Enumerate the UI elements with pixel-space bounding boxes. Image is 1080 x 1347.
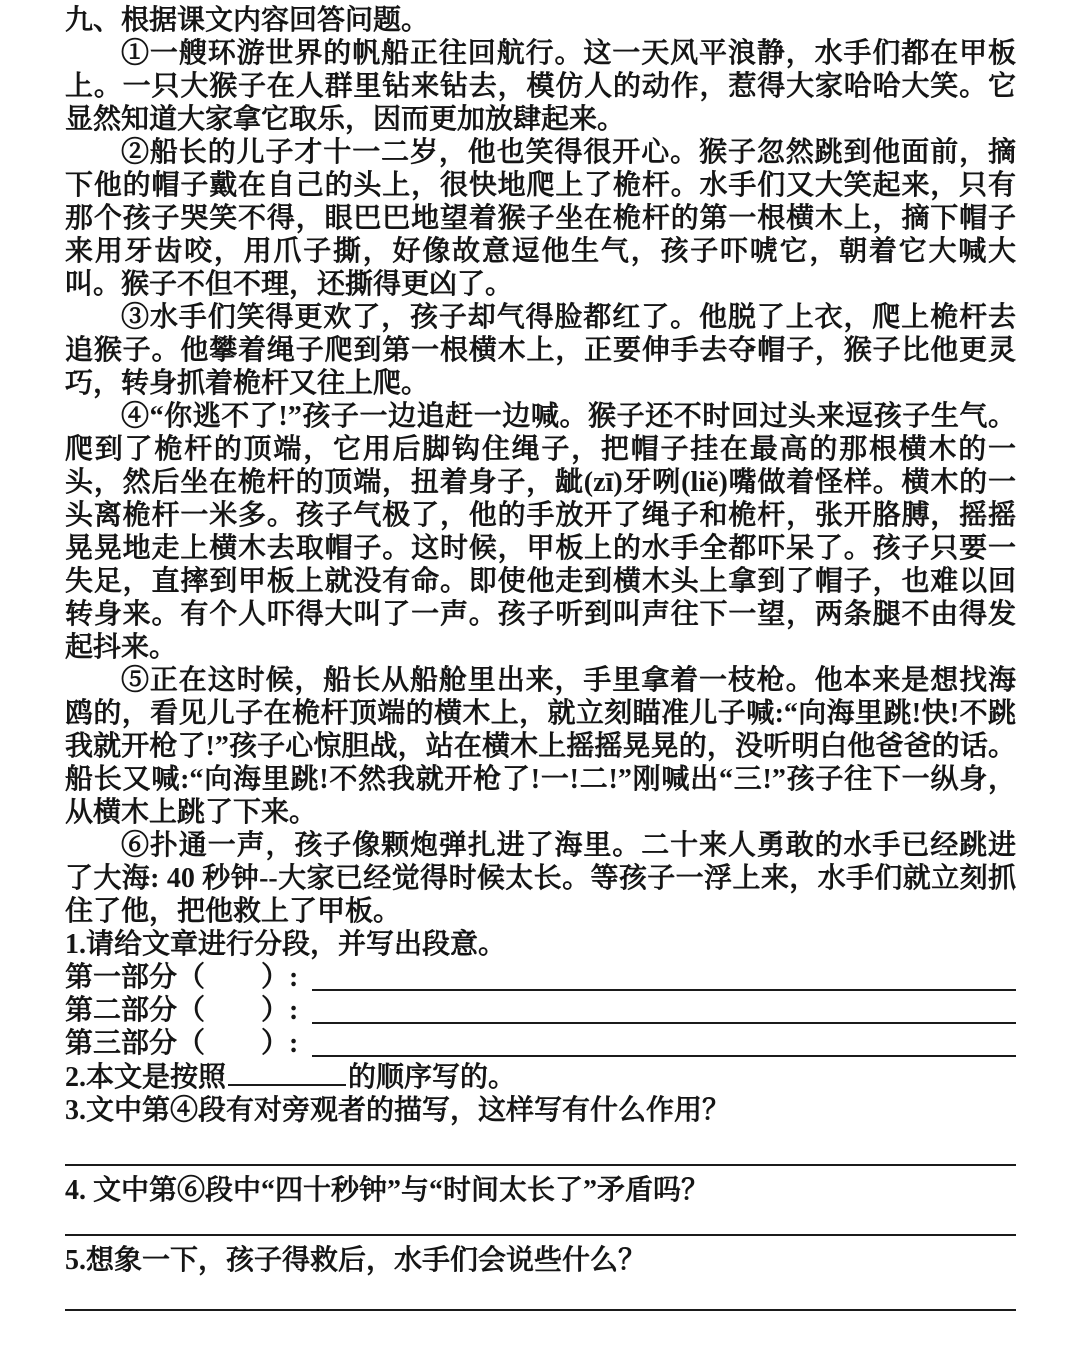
part-1-answer-line [312, 961, 1016, 991]
part-2-label: 第二部分（ ）: [65, 994, 298, 1027]
question-5-answer-rule [65, 1309, 1016, 1311]
question-2-blank [228, 1060, 346, 1086]
passage-paragraph-5: ⑤正在这时候，船长从船舱里出来，手里拿着一枝枪。他本来是想找海鸥的，看见儿子在桅… [65, 664, 1016, 829]
part-3-label: 第三部分（ ）: [65, 1027, 298, 1060]
passage-paragraph-4: ④“你逃不了!”孩子一边追赶一边喊。猴子还不时回过头来逗孩子生气。爬到了桅杆的顶… [65, 400, 1016, 664]
worksheet-page: 九、根据课文内容回答问题。 ①一艘环游世界的帆船正往回航行。这一天风平浪静，水手… [0, 0, 1080, 1347]
part-3-answer-line [312, 1027, 1016, 1057]
passage-paragraph-1: ①一艘环游世界的帆船正往回航行。这一天风平浪静，水手们都在甲板上。一只大猴子在人… [65, 37, 1016, 136]
question-2-suffix: 的顺序写的。 [348, 1062, 516, 1093]
passage-paragraph-2: ②船长的儿子才十一二岁，他也笑得很开心。猴子忽然跳到他面前，摘下他的帽子戴在自己… [65, 136, 1016, 301]
question-3-answer-rule [65, 1164, 1016, 1166]
question-5-text: 5.想象一下，孩子得救后，水手们会说些什么？ [65, 1244, 1016, 1277]
question-2: 2.本文是按照的顺序写的。 [65, 1060, 1016, 1094]
question-2-prefix: 2.本文是按照 [65, 1062, 226, 1093]
section-heading: 九、根据课文内容回答问题。 [65, 4, 1016, 37]
question-4-answer-rule [65, 1234, 1016, 1236]
question-1-text: 1.请给文章进行分段，并写出段意。 [65, 928, 1016, 961]
passage-paragraph-6: ⑥扑通一声，孩子像颗炮弹扎进了海里。二十来人勇敢的水手已经跳进了大海: 40 秒… [65, 829, 1016, 928]
question-1-part-2: 第二部分（ ）: [65, 994, 1016, 1027]
question-4-text: 4. 文中第⑥段中“四十秒钟”与“时间太长了”矛盾吗？ [65, 1174, 1016, 1207]
reading-passage: ①一艘环游世界的帆船正往回航行。这一天风平浪静，水手们都在甲板上。一只大猴子在人… [65, 37, 1016, 928]
question-1-part-1: 第一部分（ ）: [65, 961, 1016, 994]
part-2-answer-line [312, 994, 1016, 1024]
question-1-part-3: 第三部分（ ）: [65, 1027, 1016, 1060]
question-3-text: 3.文中第④段有对旁观者的描写，这样写有什么作用？ [65, 1094, 1016, 1127]
passage-paragraph-3: ③水手们笑得更欢了，孩子却气得脸都红了。他脱了上衣，爬上桅杆去追猴子。他攀着绳子… [65, 301, 1016, 400]
part-1-label: 第一部分（ ）: [65, 961, 298, 994]
